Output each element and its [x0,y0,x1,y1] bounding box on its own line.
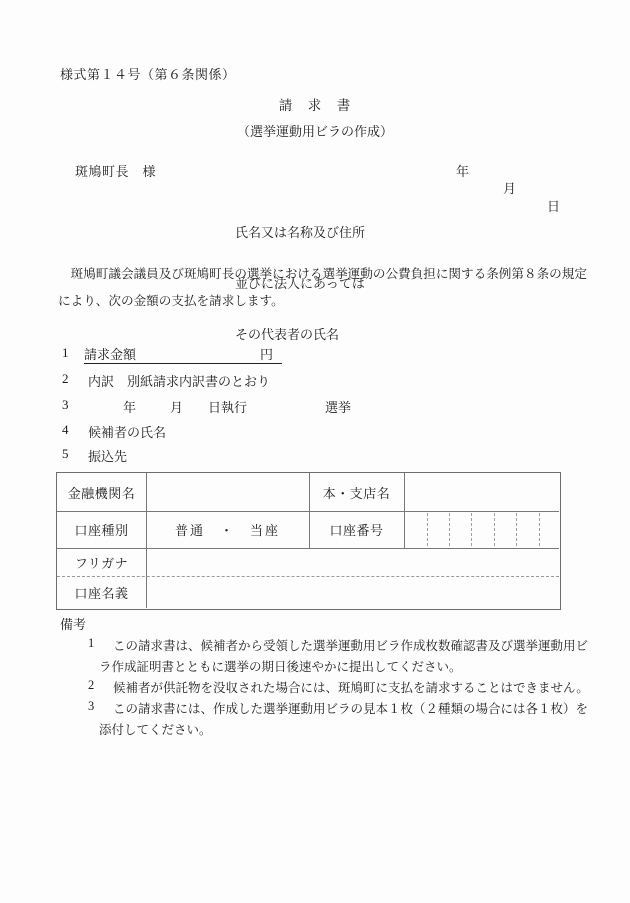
amount-label: 請求金額 [84,344,136,363]
date-line: 年 月 日 [0,145,630,163]
form-number: 様式第１４号（第６条関係） [60,66,236,84]
remark-2-line-1: 2 候補者が供託物を没収された場合には、斑鳩町に支払を請求することはできません。 [0,678,630,698]
name-block-line: その代表者の氏名 [235,326,365,343]
exec-year-label: 年 [123,397,136,416]
remark-number: 2 [88,678,94,693]
furigana-label: フリガナ [57,548,146,576]
amount-blank-field[interactable] [136,344,260,363]
month-label: 月 [503,180,516,198]
account-holder-label: 口座名義 [57,576,146,608]
digit-divider [471,513,472,546]
election-label: 選挙 [325,397,351,416]
branch-name-field[interactable] [404,473,559,511]
item-text: 候補者の氏名 [88,422,166,441]
furigana-field[interactable] [146,548,559,576]
account-number-label: 口座番号 [309,511,404,548]
remark-number: 3 [88,699,94,714]
body-paragraph-line1: 斑鳩町議会議員及び斑鳩町長の選挙における選挙運動の公費負担に関する条例第８条の規… [58,266,573,283]
item-number: 4 [62,422,69,438]
bank-account-table: 金融機関名 本・支店名 口座種別 普通 ・ 当座 口座番号 フリガナ 口座名義 [56,472,561,610]
item-text: 振込先 [88,446,127,465]
item-4-candidate-name: 4 候補者の氏名 [0,422,630,442]
exec-day-label: 日執行 [208,397,247,416]
digit-divider [449,513,450,546]
remark-text: この請求書には、作成した選挙運動用ビラの見本１枚（２種類の場合には各１枚）を [113,699,588,717]
year-label: 年 [456,163,469,181]
remark-3-line-1: 3 この請求書には、作成した選挙運動用ビラの見本１枚（２種類の場合には各１枚）を [0,699,630,719]
remark-number: 1 [88,636,94,651]
branch-name-label: 本・支店名 [309,473,404,511]
body-paragraph-line2: により、次の金額の支払を請求します。 [58,293,284,310]
remark-1-line-1: 1 この請求書は、候補者から受領した選挙運動用ビラ作成枚数確認書及び選挙運動用ビ [0,636,630,656]
item-3-election-date: 3 年 月 日執行 選挙 [0,397,630,417]
yen-unit-label: 円 [260,344,273,363]
item-number: 1 [62,345,69,361]
remarks-title: 備考 [60,616,86,634]
item-number: 5 [62,446,69,462]
item-5-bank-transfer: 5 振込先 [0,446,630,466]
item-2-breakdown: 2 内訳 別紙請求内訳書のとおり [0,371,630,391]
account-holder-field[interactable] [146,576,559,608]
bank-name-field[interactable] [146,473,309,511]
invoice-form-page: 様式第１４号（第６条関係） 請 求 書 （選挙運動用ビラの作成） 年 月 日 斑… [0,0,630,903]
remark-text: ラ作成証明書とともに選挙の期日後速やかに提出してください。 [99,657,462,675]
account-type-label: 口座種別 [57,511,146,548]
digit-divider [494,513,495,546]
account-type-choice[interactable]: 普通 ・ 当座 [146,511,309,548]
exec-month-label: 月 [170,397,183,416]
day-label: 日 [547,198,560,216]
digit-divider [516,513,517,546]
remark-text: この請求書は、候補者から受領した選挙運動用ビラ作成枚数確認書及び選挙運動用ビ [113,636,588,654]
digit-divider [427,513,428,546]
item-text: 内訳 別紙請求内訳書のとおり [88,371,270,390]
item-number: 3 [62,397,69,413]
document-subtitle: （選挙運動用ビラの作成） [0,123,630,141]
addressee: 斑鳩町長 様 [75,163,156,181]
document-title: 請 求 書 [0,97,630,115]
remark-text: 候補者が供託物を没収された場合には、斑鳩町に支払を請求することはできません。 [113,678,589,696]
remark-3-line-2: 添付してください。 [0,720,630,740]
digit-divider [539,513,540,546]
remark-text: 添付してください。 [99,720,212,738]
item-number: 2 [62,371,69,387]
bank-name-label: 金融機関名 [57,473,146,511]
amount-underline: 請求金額 円 [84,344,282,364]
name-block-line: 氏名又は名称及び住所 [235,224,365,241]
remark-1-line-2: ラ作成証明書とともに選挙の期日後速やかに提出してください。 [0,657,630,677]
